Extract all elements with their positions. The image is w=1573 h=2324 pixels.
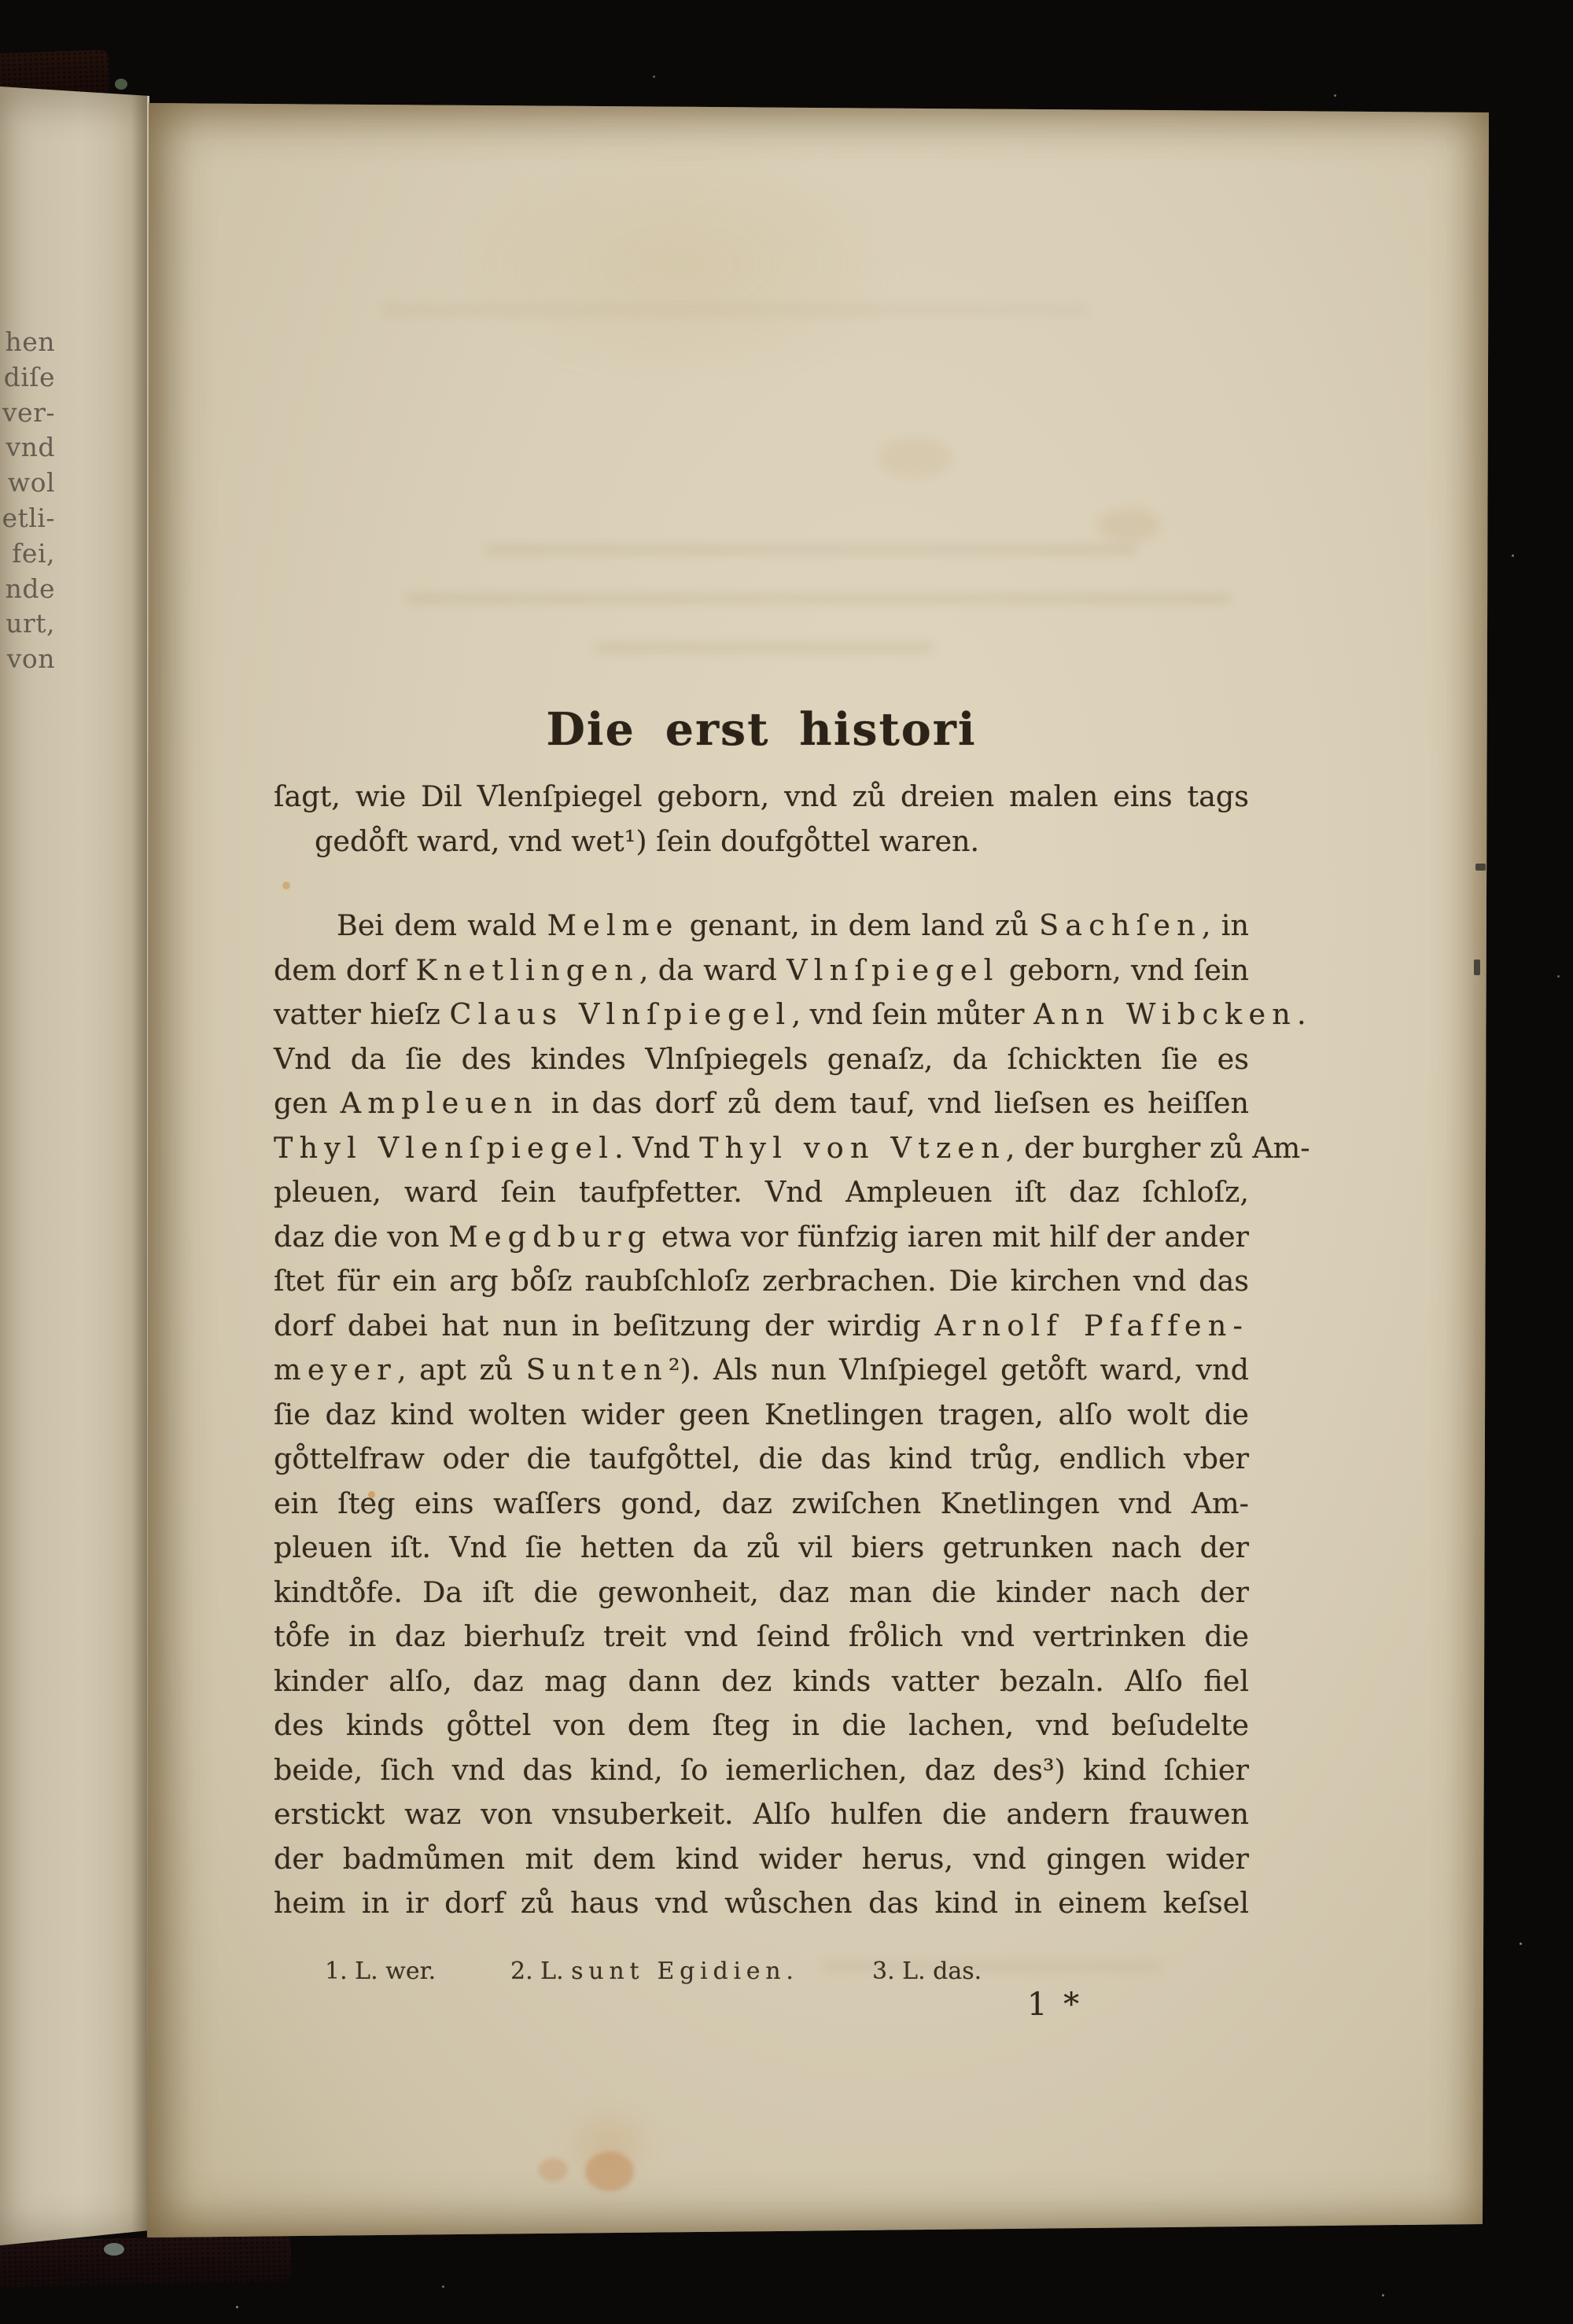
paper-stain (461, 146, 901, 382)
showthrough-smudge (484, 544, 1137, 555)
text-line: ſagt, wie Dil Vlenſpiegel geborn, vnd zů… (274, 775, 1249, 819)
book-page: Die erst histori ſagt, wie Dil Vlenſpieg… (146, 99, 1491, 2241)
fragment-line: nde (0, 572, 55, 607)
text-line: pleuen iſt. Vnd ſie hetten da zů vil bie… (274, 1526, 1249, 1571)
showthrough-smudge (406, 593, 1232, 604)
text-line: kinder alſo, daz mag dann dez kinds vatt… (274, 1659, 1249, 1704)
footnote-item: 1. L. wer. (325, 1956, 436, 1987)
paper-stain (878, 437, 952, 478)
text-line: Bei dem wald Melme genant, in dem land z… (274, 904, 1249, 948)
paper-stain (282, 882, 290, 889)
text-line: heim in ir dorf zů haus vnd wůschen das … (274, 1881, 1249, 1926)
paper-stain (585, 2152, 634, 2191)
text-line: ſtet für ein arg bo̊ſz raubſchloſz zerbr… (274, 1259, 1249, 1304)
text-line: kindto̊fe. Da iſt die gewonheit, daz man… (274, 1571, 1249, 1615)
fragment-line: vnd (0, 430, 55, 466)
chapter-subtitle: ſagt, wie Dil Vlenſpiegel geborn, vnd zů… (274, 775, 1249, 864)
fragment-line: von (0, 642, 55, 677)
body-text: Bei dem wald Melme genant, in dem land z… (274, 904, 1249, 1926)
text-line: pleuen, ward ſein taufpfetter. Vnd Ample… (274, 1170, 1249, 1215)
binding-thread-top (115, 79, 127, 90)
text-line: daz die von Megdburg etwa vor fünfzig ia… (274, 1215, 1249, 1260)
facing-page-text-fragments: hendiſever-vndwoletli-fei,ndeurt,von (0, 325, 55, 677)
showthrough-smudge (595, 642, 933, 654)
fragment-line: ver- (0, 396, 55, 431)
text-line: der badmůmen mit dem kind wider herus, v… (274, 1837, 1249, 1882)
text-line: ein ſteg eins waſſers gond, daz zwiſchen… (274, 1482, 1249, 1527)
text-line: meyer, apt zů Sunten²). Als nun Vlnſpieg… (274, 1348, 1249, 1393)
paper-stain (538, 2158, 568, 2182)
fragment-line: hen (0, 325, 55, 360)
text-line: gen Ampleuen in das dorf zů dem tauf, vn… (274, 1081, 1249, 1126)
text-line: erstickt waz von vnsuberkeit. Alſo hulfe… (274, 1792, 1249, 1837)
text-line: vatter hieſz Claus Vlnſpiegel, vnd ſein … (274, 993, 1249, 1037)
text-line: to̊fe in daz bierhuſz treit vnd ſeind fr… (274, 1615, 1249, 1659)
book-cover-edge-bottom (0, 2235, 292, 2287)
fragment-line: diſe (0, 360, 55, 396)
text-line: ſie daz kind wolten wider geen Knetlinge… (274, 1393, 1249, 1438)
footnote-item: 2. L. sunt Egidien. (510, 1956, 794, 1987)
page-surface: Die erst histori ſagt, wie Dil Vlenſpieg… (146, 99, 1491, 2241)
book-photo: hendiſever-vndwoletli-fei,ndeurt,von Die… (0, 0, 1573, 2324)
text-line: go̊ttelfraw oder die taufgo̊ttel, die da… (274, 1437, 1249, 1482)
text-line: des kinds go̊ttel von dem ſteg in die la… (274, 1703, 1249, 1748)
text-line: dorf dabei hat nun in beſitzung der wird… (274, 1304, 1249, 1349)
fragment-line: fei, (0, 536, 55, 572)
fragment-line: etli- (0, 501, 55, 536)
ink-mark (1474, 959, 1480, 975)
text-line: Vnd da ſie des kindes Vlnſpiegels genaſz… (274, 1037, 1249, 1082)
paper-stain (1098, 508, 1161, 543)
text-line: gedo̊ft ward, vnd wet¹) ſein doufgo̊ttel… (274, 819, 1249, 864)
chapter-title: Die erst histori (274, 703, 1249, 756)
text-line: Thyl Vlenſpiegel. Vnd Thyl von Vtzen, de… (274, 1126, 1249, 1171)
fragment-line: wol (0, 466, 55, 501)
facing-page-edge: hendiſever-vndwoletli-fei,ndeurt,von (0, 87, 149, 2249)
text-line: dem dorf Knetlingen, da ward Vlnſpiegel … (274, 948, 1249, 993)
footnote-item: 3. L. das. (872, 1956, 982, 1987)
ink-mark (1475, 864, 1486, 871)
footnote-row: 1. L. wer.2. L. sunt Egidien.3. L. das. (146, 1956, 1491, 1987)
text-line: beide, ſich vnd das kind, ſo iemerlichen… (274, 1748, 1249, 1793)
binding-thread-bottom (104, 2243, 124, 2256)
fragment-line: urt, (0, 606, 55, 642)
page-signature: 1 * (1027, 1987, 1082, 2023)
